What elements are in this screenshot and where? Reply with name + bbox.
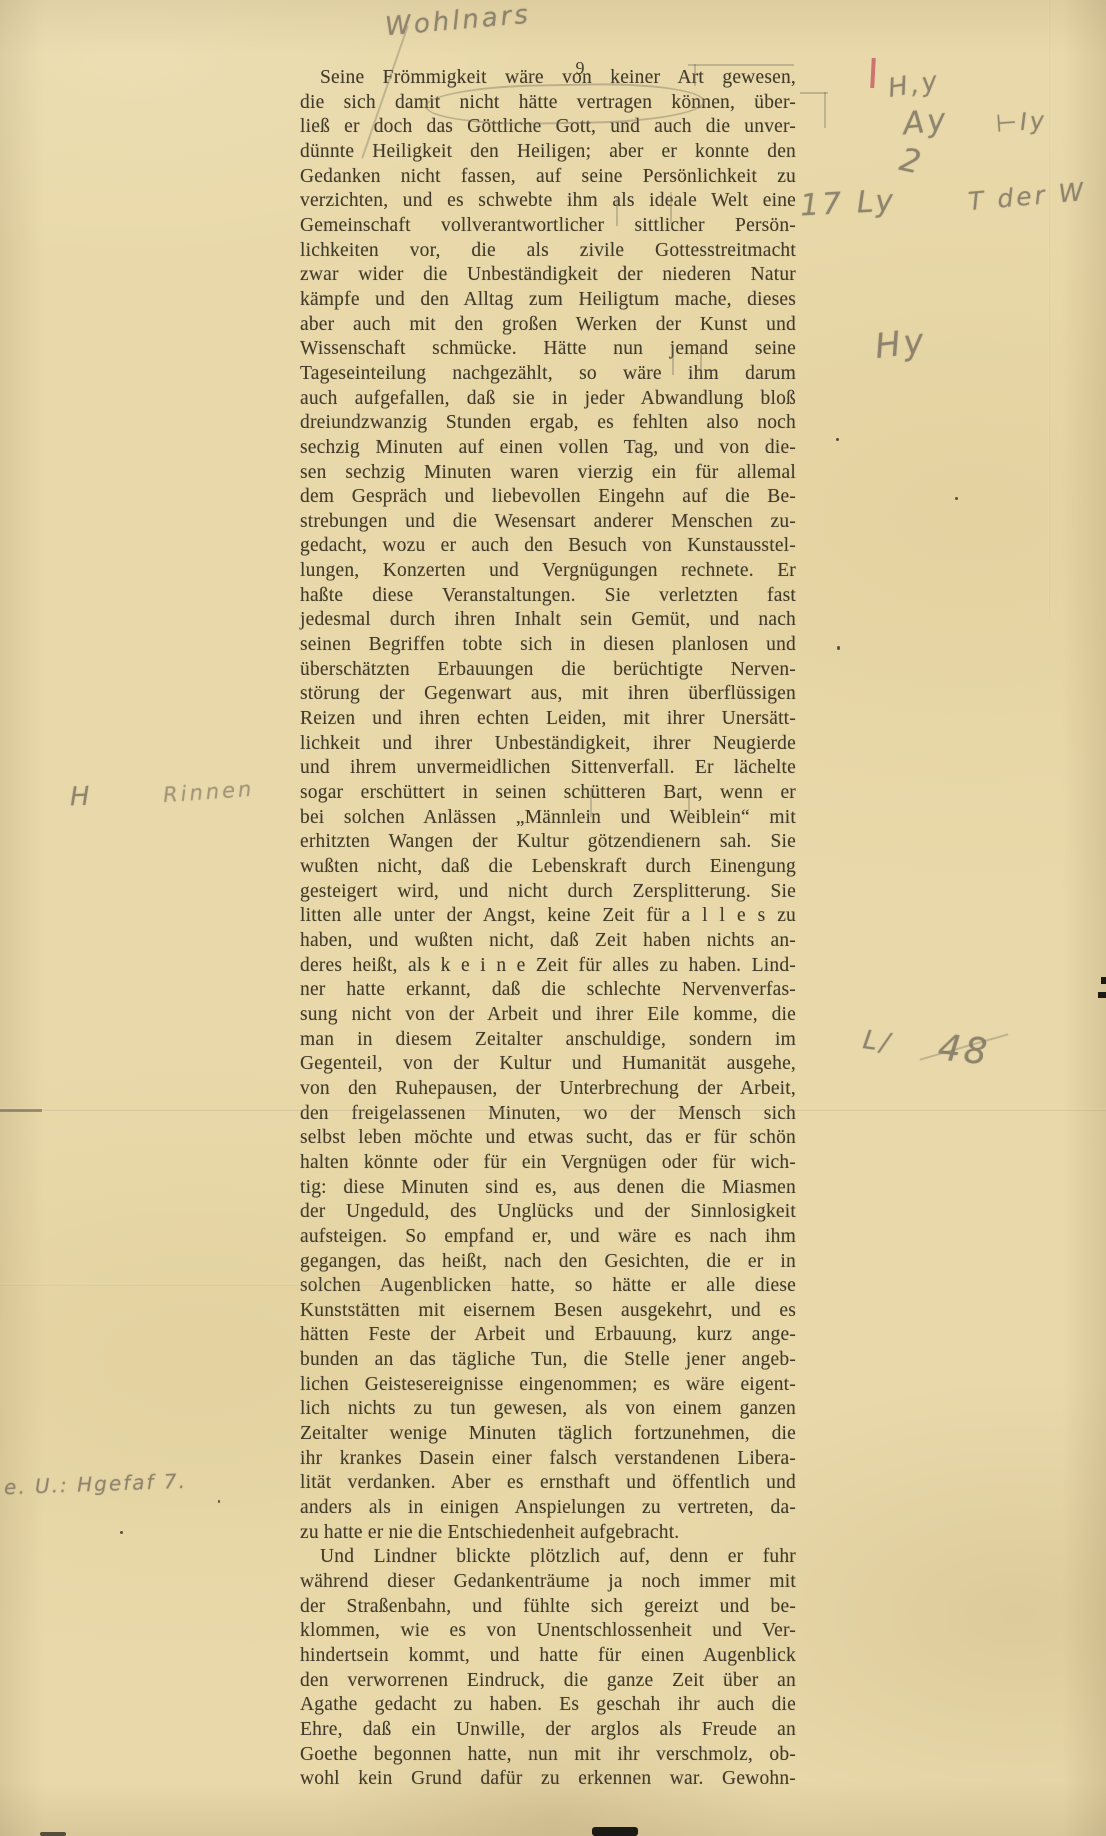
text-line-17: sen sechzig Minuten waren vierzig ein fü… [300,461,796,486]
ink-speck [837,646,840,650]
text-line-5: Gedanken nicht fassen, auf seine Persönl… [300,165,796,190]
pencil-stroke-schuetteren-right [688,789,690,817]
text-line-44: selbst leben möchte und etwas sucht, das… [300,1126,796,1151]
text-line-9: zwar wider die Unbeständigkeit der niede… [300,263,796,288]
fold-crease [0,1108,1106,1111]
handwritten-annotation-right-1: H,y [886,66,942,104]
text-line-28: lichkeit und ihrer Unbeständigkeit, ihre… [300,732,796,757]
text-line-13: Tageseinteilung nachgezählt, so wäre ihm… [300,362,796,387]
text-line-24: seinen Begriffen tobte sich in diesen pl… [300,633,796,658]
right-edge-mark [1101,977,1106,984]
red-tick-mark [870,58,876,88]
text-line-21: lungen, Konzerten und Vergnügungen rechn… [300,559,796,584]
handwritten-annotation-right-4: 2 [896,140,927,182]
fold-crease-faint [0,1283,560,1286]
text-line-20: gedacht, wozu er auch den Besuch von Kun… [300,534,796,559]
ink-speck [836,438,839,441]
text-line-29: und ihrem unvermeidlichen Sittenverfall.… [300,756,796,781]
text-line-69: Goethe begonnen hatte, nun mit ihr versc… [300,1743,796,1768]
pencil-stroke-nun-right [700,347,702,375]
pencil-stroke-nun-left [672,348,674,375]
text-line-63: der Straßenbahn, und fühlte sich gereizt… [300,1595,796,1620]
handwritten-annotation-right-3: ⊢Iy [995,106,1048,138]
text-line-52: hätten Feste der Arbeit und Erbauung, ku… [300,1323,796,1348]
text-line-36: haben, und wußten nicht, daß Zeit haben … [300,929,796,954]
handwritten-annotation-top: Wohlnars [384,0,532,42]
text-line-35: litten alle unter der Angst, keine Zeit … [300,904,796,929]
text-line-64: klommen, wie es von Unentschlossenheit u… [300,1619,796,1644]
ink-speck [590,1191,592,1194]
text-line-53: bunden an das tägliche Tun, die Stelle j… [300,1348,796,1373]
text-block: Seine Frömmigkeit wäre von keiner Art ge… [300,66,796,1792]
text-line-65: hindertsein kommt, und hatte für einen A… [300,1644,796,1669]
text-line-49: gegangen, das heißt, nach den Gesichten,… [300,1250,796,1275]
text-line-15: dreiundzwanzig Stunden ergab, es fehlten… [300,411,796,436]
text-line-34: gesteigert wird, und nicht durch Zerspli… [300,880,796,905]
handwritten-annotation-right-7: Hy [873,321,929,367]
text-line-59: anders als in einigen Anspielungen zu ve… [300,1496,796,1521]
text-line-8: lichkeiten vor, die als zivile Gottesstr… [300,239,796,264]
handwritten-annotation-left-2: Rinnen [162,777,255,807]
bottom-edge-smudge [592,1827,638,1836]
text-line-66: den verworrenen Eindruck, die ganze Zeit… [300,1669,796,1694]
pencil-stroke-ideale-left [616,196,618,226]
text-line-47: der Ungeduld, des Unglücks und der Sinnl… [300,1200,796,1225]
handwritten-annotation-bottom-left: e. U.: Hgefaf 7. [4,1469,188,1499]
handwritten-annotation-right-mid-1: L/ [861,1025,894,1059]
text-line-39: sung nicht von der Arbeit und ihrer Eile… [300,1003,796,1028]
pencil-bracket-over-gewesen-side [694,64,696,86]
text-line-32: erhitzten Wangen der Kultur götzendiener… [300,830,796,855]
text-line-43: den freigelassenen Minuten, wo der Mensc… [300,1102,796,1127]
text-line-45: halten könnte oder für ein Vergnügen ode… [300,1151,796,1176]
text-line-70: wohl kein Grund dafür zu erkennen war. G… [300,1767,796,1792]
pencil-stroke-welt [670,192,672,224]
text-line-50: solchen Augenblicken hatte, so hätte er … [300,1274,796,1299]
crease-dark-segment [0,1109,42,1112]
text-line-48: aufsteigen. So empfand er, und wäre es n… [300,1225,796,1250]
text-line-57: ihr krankes Dasein einer falsch verstand… [300,1447,796,1472]
text-line-31: bei solchen Anlässen „Männlein und Weibl… [300,806,796,831]
text-line-40: man in diesem Zeitalter anschuldige, son… [300,1028,796,1053]
pencil-bracket-over-gewesen-top [688,64,794,66]
ink-speck [955,497,958,500]
text-line-26: störung der Gegenwart aus, mit ihren übe… [300,682,796,707]
text-line-16: sechzig Minuten auf einen vollen Tag, un… [300,436,796,461]
text-line-23: jedesmal durch ihren Inhalt sein Gemüt, … [300,608,796,633]
ink-speck [120,1531,123,1534]
text-line-51: Kunststätten mit eisernem Besen ausgekeh… [300,1299,796,1324]
scanned-page: 9 Seine Frömmigkeit wäre von keiner Art … [0,0,1106,1836]
text-line-58: lität verdanken. Aber es ernsthaft und ö… [300,1471,796,1496]
text-line-41: Gegenteil, von der Kultur und Humanität … [300,1052,796,1077]
text-line-60: zu hatte er nie die Entschiedenheit aufg… [300,1521,796,1546]
text-line-33: wußten nicht, daß die Lebenskraft durch … [300,855,796,880]
text-line-38: ner hatte erkannt, daß die schlechte Ner… [300,978,796,1003]
handwritten-annotation-right-6: T der W [967,177,1087,216]
text-line-14: auch aufgefallen, daß sie in jeder Abwan… [300,387,796,412]
text-line-22: haßte diese Veranstaltungen. Sie verletz… [300,584,796,609]
pencil-stroke-schuetteren-left [590,789,592,817]
pencil-bracket-ueber-side [824,92,826,128]
text-line-42: von den Ruhepausen, der Unterbrechung de… [300,1077,796,1102]
handwritten-annotation-right-2: Ay [901,102,950,143]
text-line-27: Reizen und ihren echten Leiden, mit ihre… [300,707,796,732]
text-line-55: lich nichts zu tun gewesen, als von eine… [300,1397,796,1422]
text-line-7: Gemeinschaft vollverantwortlicher sittli… [300,214,796,239]
text-line-30: sogar erschüttert in seinen schütteren B… [300,781,796,806]
text-line-68: Ehre, daß ein Unwille, der arglos als Fr… [300,1718,796,1743]
text-line-56: Zeitalter wenige Minuten täglich fortzun… [300,1422,796,1447]
handwritten-annotation-right-5: 17 Ly [799,184,897,224]
right-edge-mark [1098,992,1106,998]
text-line-19: strebungen und die Wesensart anderer Men… [300,510,796,535]
text-line-6: verzichten, und es schwebte ihm als idea… [300,189,796,214]
text-line-46: tig: diese Minuten sind es, aus denen di… [300,1176,796,1201]
vertical-crease [1048,0,1050,620]
text-line-10: kämpfe und den Alltag zum Heiligtum mach… [300,288,796,313]
text-line-12: Wissenschaft schmücke. Hätte nun jemand … [300,337,796,362]
text-line-54: lichen Geistesereignisse eingenommen; es… [300,1373,796,1398]
bottom-edge-smudge-small [40,1832,66,1836]
handwritten-annotation-left-1: H [69,782,93,813]
text-line-61: Und Lindner blickte plötzlich auf, denn … [300,1545,796,1570]
text-line-18: dem Gespräch und liebevollen Eingehn auf… [300,485,796,510]
text-line-25: überschätzten Erbauungen die berüchtigte… [300,658,796,683]
ink-speck [218,1500,220,1503]
text-line-67: Agathe gedacht zu haben. Es geschah ihr … [300,1693,796,1718]
text-line-37: deres heißt, als k e i n e Zeit für alle… [300,954,796,979]
text-line-4: dünnte Heiligkeit den Heiligen; aber er … [300,140,796,165]
text-line-11: aber auch mit den großen Werken der Kuns… [300,313,796,338]
text-line-62: während dieser Gedankenträume ja noch im… [300,1570,796,1595]
